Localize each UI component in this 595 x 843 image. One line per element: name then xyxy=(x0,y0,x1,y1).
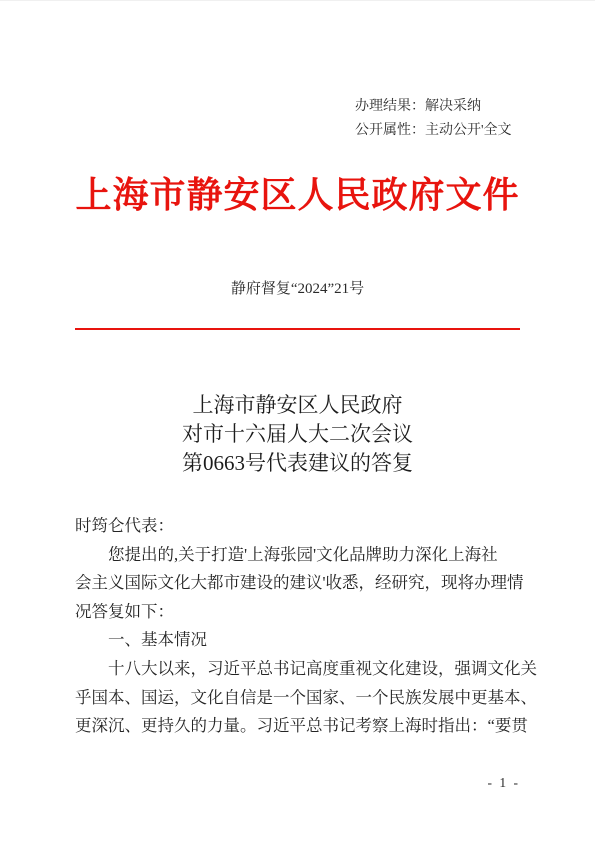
subject-line: 对市十六届人大二次会议 xyxy=(0,420,595,449)
body-line: 况答复如下： xyxy=(75,598,522,627)
document-page: 办理结果：解决采纳 公开属性：主动公开'全文 上海市静安区人民政府文件 静府督复… xyxy=(0,0,595,843)
body-line: 会主义国际文化大都市建设的建议'收悉，经研究，现将办理情 xyxy=(75,569,522,598)
meta-info: 办理结果：解决采纳 公开属性：主动公开'全文 xyxy=(355,95,512,143)
page-number: - 1 - xyxy=(488,775,521,791)
body-line-section-heading: 一、基本情况 xyxy=(75,626,522,655)
body-text: 时筠仑代表： 您提出的,关于打造'上海张园'文化品牌助力深化上海社 会主义国际文… xyxy=(75,512,522,741)
body-line: 十八大以来，习近平总书记高度重视文化建设，强调文化关 xyxy=(75,655,522,684)
document-number: 静府督复“2024”21号 xyxy=(0,277,595,298)
meta-line-result: 办理结果：解决采纳 xyxy=(355,95,512,119)
red-separator-line xyxy=(75,328,520,330)
body-line: 您提出的,关于打造'上海张园'文化品牌助力深化上海社 xyxy=(75,541,522,570)
subject-title: 上海市静安区人民政府 对市十六届人大二次会议 第0663号代表建议的答复 xyxy=(0,391,595,478)
meta-line-publicity: 公开属性：主动公开'全文 xyxy=(355,119,512,143)
document-banner-title: 上海市静安区人民政府文件 xyxy=(0,167,595,218)
body-line: 乎国本、国运，文化自信是一个国家、一个民族发展中更基本、 xyxy=(75,684,522,713)
subject-line: 上海市静安区人民政府 xyxy=(0,391,595,420)
subject-line: 第0663号代表建议的答复 xyxy=(0,449,595,478)
body-line-salutation: 时筠仑代表： xyxy=(75,512,522,541)
body-line: 更深沉、更持久的力量。习近平总书记考察上海时指出：“要贯 xyxy=(75,712,522,741)
